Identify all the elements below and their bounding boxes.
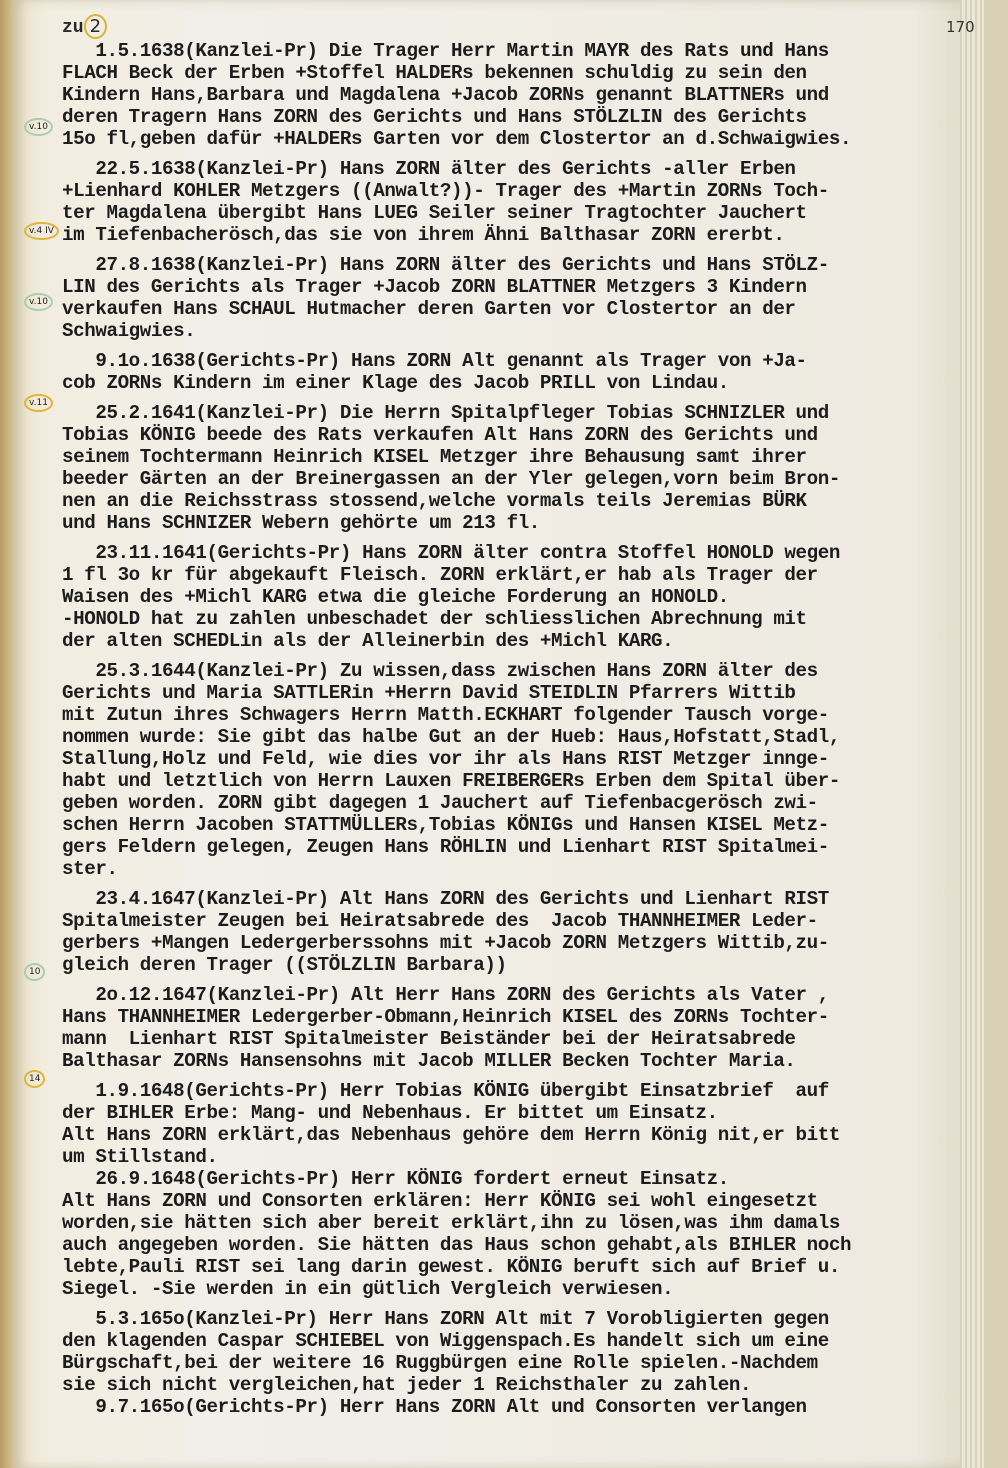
text-line: 1.9.1648(Gerichts-Pr) Herr Tobias KÖNIG … — [62, 1080, 962, 1102]
reference-prefix: zu — [62, 18, 84, 38]
text-line: Siegel. -Sie werden in ein gütlich Vergl… — [62, 1278, 962, 1300]
text-line: beeder Gärten an der Breinergassen an de… — [62, 468, 962, 490]
text-line: 25.2.1641(Kanzlei-Pr) Die Herrn Spitalpf… — [62, 402, 962, 424]
text-line: Balthasar ZORNs Hansensohns mit Jacob MI… — [62, 1050, 962, 1072]
page-number: 170 — [946, 18, 975, 36]
record-entry: 1.9.1648(Gerichts-Pr) Herr Tobias KÖNIG … — [62, 1080, 962, 1300]
text-line: Waisen des +Michl KARG etwa die gleiche … — [62, 586, 962, 608]
text-line: Bürgschaft,bei der weitere 16 Ruggbürgen… — [62, 1352, 962, 1374]
text-line: nommen wurde: Sie gibt das halbe Gut an … — [62, 726, 962, 748]
text-line: Gerichts und Maria SATTLERin +Herrn Davi… — [62, 682, 962, 704]
text-line: um Stillstand. — [62, 1146, 962, 1168]
text-line: Schwaigwies. — [62, 320, 962, 342]
text-line: gerbers +Mangen Ledergerberssohns mit +J… — [62, 932, 962, 954]
text-line: gers Feldern gelegen, Zeugen Hans RÖHLIN… — [62, 836, 962, 858]
text-line: 27.8.1638(Kanzlei-Pr) Hans ZORN älter de… — [62, 254, 962, 276]
text-line: nen an die Reichsstrass stossend,welche … — [62, 490, 962, 512]
text-line: cob ZORNs Kindern im einer Klage des Jac… — [62, 372, 962, 394]
text-line: Hans THANNHEIMER Ledergerber-Obmann,Hein… — [62, 1006, 962, 1028]
record-entry: 25.2.1641(Kanzlei-Pr) Die Herrn Spitalpf… — [62, 402, 962, 534]
text-line: geben worden. ZORN gibt dagegen 1 Jauche… — [62, 792, 962, 814]
text-line: gleich deren Trager ((STÖLZLIN Barbara)) — [62, 954, 962, 976]
text-line: Tobias KÖNIG beede des Rats verkaufen Al… — [62, 424, 962, 446]
record-entry: 2o.12.1647(Kanzlei-Pr) Alt Herr Hans ZOR… — [62, 984, 962, 1072]
text-line: 1 fl 3o kr für abgekauft Fleisch. ZORN e… — [62, 564, 962, 586]
text-line: 9.7.165o(Gerichts-Pr) Herr Hans ZORN Alt… — [62, 1396, 962, 1418]
text-line: schen Herrn Jacoben STATTMÜLLERs,Tobias … — [62, 814, 962, 836]
record-entry: 9.1o.1638(Gerichts-Pr) Hans ZORN Alt gen… — [62, 350, 962, 394]
text-line: mit Zutun ihres Schwagers Herrn Matth.EC… — [62, 704, 962, 726]
margin-note: v.11 — [24, 394, 53, 412]
text-line: lebte,Pauli RIST sei lang darin gewest. … — [62, 1256, 962, 1278]
text-line: Spitalmeister Zeugen bei Heiratsabrede d… — [62, 910, 962, 932]
margin-note: v.10 — [24, 293, 53, 311]
text-line: ster. — [62, 858, 962, 880]
text-line: 25.3.1644(Kanzlei-Pr) Zu wissen,dass zwi… — [62, 660, 962, 682]
book-binding — [0, 0, 14, 1468]
text-line: sie sich nicht vergleichen,hat jeder 1 R… — [62, 1374, 962, 1396]
text-line: Alt Hans ZORN erklärt,das Nebenhaus gehö… — [62, 1124, 962, 1146]
text-line: FLACH Beck der Erben +Stoffel HALDERs be… — [62, 62, 962, 84]
text-line: verkaufen Hans SCHAUL Hutmacher deren Ga… — [62, 298, 962, 320]
margin-note: v.10 — [24, 118, 53, 136]
record-entry: 25.3.1644(Kanzlei-Pr) Zu wissen,dass zwi… — [62, 660, 962, 880]
document-body: 1.5.1638(Kanzlei-Pr) Die Trager Herr Mar… — [62, 40, 962, 1426]
text-line: 1.5.1638(Kanzlei-Pr) Die Trager Herr Mar… — [62, 40, 962, 62]
text-line: 9.1o.1638(Gerichts-Pr) Hans ZORN Alt gen… — [62, 350, 962, 372]
text-line: Alt Hans ZORN und Consorten erklären: He… — [62, 1190, 962, 1212]
text-line: seinem Tochtermann Heinrich KISEL Metzge… — [62, 446, 962, 468]
record-entry: 22.5.1638(Kanzlei-Pr) Hans ZORN älter de… — [62, 158, 962, 246]
text-line: im Tiefenbacherösch,das sie von ihrem Äh… — [62, 224, 962, 246]
page-edge — [960, 0, 984, 1468]
margin-note: v.4 IV — [24, 222, 59, 240]
text-line: und Hans SCHNIZER Webern gehörte um 213 … — [62, 512, 962, 534]
reference-header: zu2 — [62, 14, 107, 39]
text-line: 15o fl,geben dafür +HALDERs Garten vor d… — [62, 128, 962, 150]
text-line: 23.4.1647(Kanzlei-Pr) Alt Hans ZORN des … — [62, 888, 962, 910]
record-entry: 1.5.1638(Kanzlei-Pr) Die Trager Herr Mar… — [62, 40, 962, 150]
text-line: den klagenden Caspar SCHIEBEL von Wiggen… — [62, 1330, 962, 1352]
text-line: mann Lienhart RIST Spitalmeister Beistän… — [62, 1028, 962, 1050]
text-line: habt und letztlich von Herrn Lauxen FREI… — [62, 770, 962, 792]
text-line: der BIHLER Erbe: Mang- und Nebenhaus. Er… — [62, 1102, 962, 1124]
text-line: worden,sie hätten sich aber bereit erklä… — [62, 1212, 962, 1234]
text-line: deren Tragern Hans ZORN des Gerichts und… — [62, 106, 962, 128]
record-entry: 5.3.165o(Kanzlei-Pr) Herr Hans ZORN Alt … — [62, 1308, 962, 1418]
record-entry: 27.8.1638(Kanzlei-Pr) Hans ZORN älter de… — [62, 254, 962, 342]
record-entry: 23.4.1647(Kanzlei-Pr) Alt Hans ZORN des … — [62, 888, 962, 976]
text-line: auch angegeben worden. Sie hätten das Ha… — [62, 1234, 962, 1256]
text-line: Stallung,Holz und Feld, wie dies vor ihr… — [62, 748, 962, 770]
text-line: -HONOLD hat zu zahlen unbeschadet der sc… — [62, 608, 962, 630]
text-line: 26.9.1648(Gerichts-Pr) Herr KÖNIG forder… — [62, 1168, 962, 1190]
text-line: ter Magdalena übergibt Hans LUEG Seiler … — [62, 202, 962, 224]
text-line: 23.11.1641(Gerichts-Pr) Hans ZORN älter … — [62, 542, 962, 564]
text-line: 22.5.1638(Kanzlei-Pr) Hans ZORN älter de… — [62, 158, 962, 180]
reference-number: 2 — [84, 14, 107, 39]
text-line: 2o.12.1647(Kanzlei-Pr) Alt Herr Hans ZOR… — [62, 984, 962, 1006]
record-entry: 23.11.1641(Gerichts-Pr) Hans ZORN älter … — [62, 542, 962, 652]
text-line: der alten SCHEDLin als der Alleinerbin d… — [62, 630, 962, 652]
text-line: Kindern Hans,Barbara und Magdalena +Jaco… — [62, 84, 962, 106]
text-line: LIN des Gerichts als Trager +Jacob ZORN … — [62, 276, 962, 298]
text-line: 5.3.165o(Kanzlei-Pr) Herr Hans ZORN Alt … — [62, 1308, 962, 1330]
text-line: +Lienhard KOHLER Metzgers ((Anwalt?))- T… — [62, 180, 962, 202]
